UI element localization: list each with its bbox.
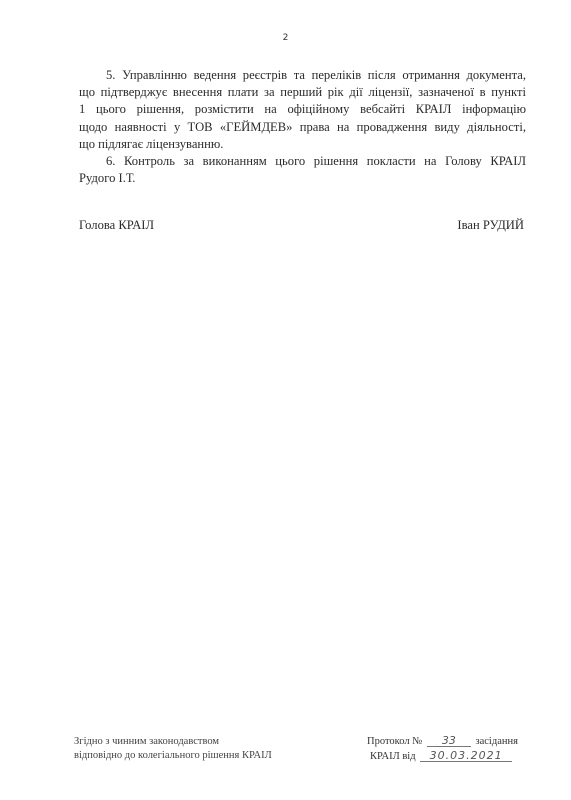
paragraph-5-line: що підтверджує внесення плати за перший …: [79, 84, 526, 101]
paragraph-6-line: 6. Контроль за виконанням цього рішення …: [79, 153, 526, 170]
paragraph-6: 6. Контроль за виконанням цього рішення …: [79, 153, 526, 187]
protocol-date-line: КРАІЛ від 30.03.2021: [367, 749, 518, 764]
paragraph-5-line: 5. Управлінню ведення реєстрів та перелі…: [79, 67, 526, 84]
footer-legal-line-2: відповідно до колегіального рішення КРАІ…: [74, 749, 272, 763]
page-number: 2: [0, 33, 571, 43]
protocol-line: Протокол № 33 засідання: [367, 734, 518, 749]
document-body: 5. Управлінню ведення реєстрів та перелі…: [79, 67, 526, 187]
paragraph-5: 5. Управлінню ведення реєстрів та перелі…: [79, 67, 526, 153]
signatory-position: Голова КРАІЛ: [79, 218, 154, 233]
paragraph-5-line: що підлягає ліцензуванню.: [79, 136, 526, 153]
footer-protocol: Протокол № 33 засідання КРАІЛ від 30.03.…: [367, 734, 518, 764]
footer-legal-line-1: Згідно з чинним законодавством: [74, 735, 272, 749]
paragraph-5-line: щодо наявності у ТОВ «ГЕЙМДЕВ» права на …: [79, 119, 526, 136]
protocol-date: 30.03.2021: [420, 750, 512, 762]
paragraph-6-line: Рудого І.Т.: [79, 170, 526, 187]
footer-legal-note: Згідно з чинним законодавством відповідн…: [74, 735, 272, 763]
signatory-name: Іван РУДИЙ: [457, 218, 524, 233]
protocol-number: 33: [427, 735, 471, 747]
org-label: КРАІЛ від: [370, 751, 416, 762]
meeting-label: засідання: [475, 736, 517, 747]
paragraph-5-line: 1 цього рішення, розмістити на офіційном…: [79, 101, 526, 118]
protocol-label: Протокол №: [367, 736, 422, 747]
